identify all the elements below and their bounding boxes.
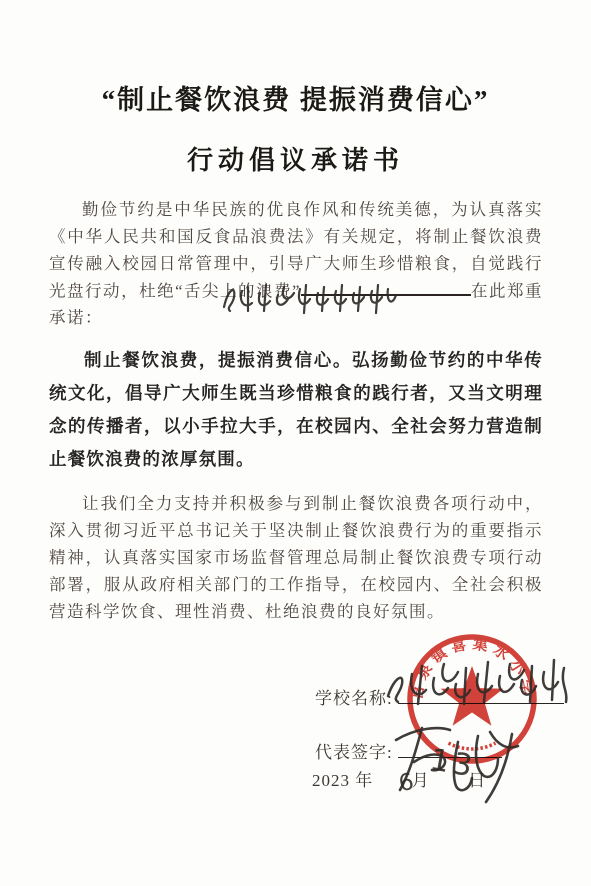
document-title-line2: 行动倡议承诺书 [0, 140, 591, 177]
document-title-line1: “制止餐饮浪费 提振消费信心” [0, 78, 591, 117]
paragraph-action: 让我们全力支持并积极参与到制止餐饮浪费各项行动中，深入贯彻习近平总书记关于坚决制… [49, 490, 543, 625]
date-year-unit: 年 [355, 771, 373, 790]
handwriting-stroke [388, 660, 566, 704]
paragraph-pledge-bold: 制止餐饮浪费，提振消费信心。弘扬勤俭节约的中华传统文化，倡导广大师生既当珍惜粮食… [49, 344, 543, 476]
handwriting-stroke [224, 285, 396, 313]
document-page: “制止餐饮浪费 提振消费信心” 行动倡议承诺书 勤俭节约是中华民族的优良作风和传… [0, 0, 591, 886]
date-year: 2023 [312, 771, 350, 790]
handwriting-school-group-name: 喜集水小学全体师生 [218, 281, 398, 323]
signature-label: 代表签字: [315, 743, 393, 762]
